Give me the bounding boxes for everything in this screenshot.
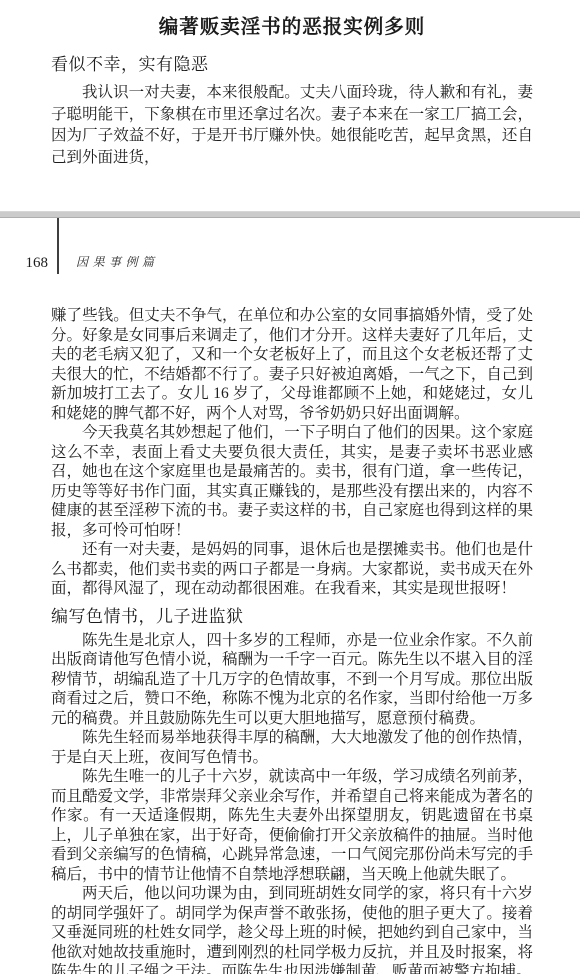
paragraph-section1-3: 还有一对夫妻，是妈妈的同事，退休后也是摆摊卖书。他们也是什么书都卖，他们卖书卖的… (51, 540, 533, 599)
paragraph-section2-2: 陈先生轻而易举地获得丰厚的稿酬，大大地激发了他的创作热情，于是白天上班，夜间写色… (51, 728, 533, 767)
page-number: 168 (0, 255, 48, 272)
section2-heading: 编写色情书，儿子进监狱 (51, 606, 533, 628)
scanned-book-spread: 编著贩卖淫书的恶报实例多则 看似不幸，实有隐恶 我认识一对夫妻，本来很般配。丈夫… (0, 0, 580, 974)
paragraph-section1-start: 我认识一对夫妻，本来很般配。丈夫八面玲珑，待人歉和有礼，妻子聪明能干，下象棋在市… (51, 82, 533, 168)
paragraph-section2-3: 陈先生唯一的儿子十六岁，就读高中一年级，学习成绩名列前茅，而且酷爱文学，非常崇拜… (51, 767, 533, 884)
running-header: 因果事例篇 (76, 253, 159, 270)
paragraph-section2-1: 陈先生是北京人，四十多岁的工程师，亦是一位业余作家。不久前出版商请他写色情小说，… (51, 631, 533, 729)
page-168-content: 赚了些钱。但丈夫不争气，在单位和办公室的女同事搞婚外情，受了处分。好象是女同事后… (51, 306, 533, 974)
page-header: 168 因果事例篇 (0, 218, 580, 274)
header-vertical-rule (57, 218, 59, 274)
paragraph-section1-continuation: 赚了些钱。但丈夫不争气，在单位和办公室的女同事搞婚外情，受了处分。好象是女同事后… (51, 306, 533, 423)
page-separator-band (0, 211, 580, 218)
paragraph-section2-4: 两天后，他以问功课为由，到同班胡姓女同学的家，将只有十六岁的胡同学强奸了。胡同学… (51, 884, 533, 974)
paragraph-section1-2: 今天我莫名其妙想起了他们，一下子明白了他们的因果。这个家庭这么不幸，表面上看丈夫… (51, 423, 533, 540)
page-previous-content: 编著贩卖淫书的恶报实例多则 看似不幸，实有隐恶 我认识一对夫妻，本来很般配。丈夫… (51, 16, 533, 168)
page-168: 168 因果事例篇 赚了些钱。但丈夫不争气，在单位和办公室的女同事搞婚外情，受了… (0, 218, 580, 974)
chapter-title: 编著贩卖淫书的恶报实例多则 (51, 16, 533, 40)
section1-heading: 看似不幸，实有隐恶 (51, 54, 533, 76)
page-previous-bottom: 编著贩卖淫书的恶报实例多则 看似不幸，实有隐恶 我认识一对夫妻，本来很般配。丈夫… (0, 0, 580, 211)
